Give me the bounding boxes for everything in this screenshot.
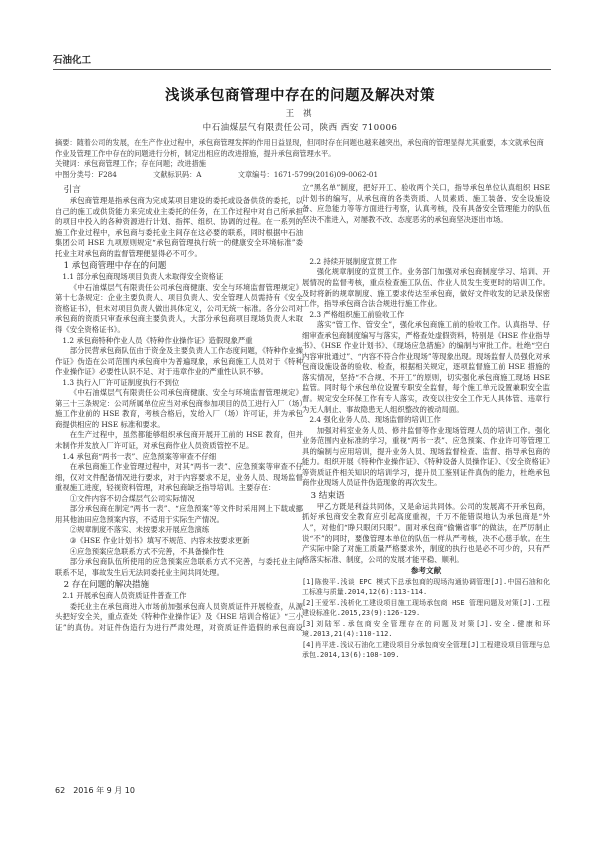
paragraph-3: 甲乙方既是利益共同体，又是命运共同体。公司的发展离不开承包商，抓好承包商安全教育… <box>302 502 550 565</box>
right-column: 委托业主在承包商进入市场前加强承包商人员资质证件开展检查，从源头把好安全关，重点… <box>302 183 550 661</box>
paragraph-1-2: 部分民营承包商队伍由于资金及主要负责人工作态度问题，《特种作业操作证》伪造在公司… <box>55 346 303 378</box>
subsection-heading-1-2: 1.2 承包商特种作业人员《特种作业操作证》造假现象严重 <box>55 336 303 347</box>
reference-list: [1]陈俊平.浅谈 EPC 模式下总承包商的现场沟通协调管理[J].中国石油和化… <box>302 577 550 661</box>
section-heading-2: 2 存在问题的解决措施 <box>55 579 303 591</box>
paragraph-1-4: 在承包商施工作业管理过程中，对其“两书一表”、应急预案等审查不仔细，仅对文件配备… <box>55 462 303 494</box>
abstract: 摘要：随着公司的发展，在生产作业过程中，承包商管理发挥的作用日益显现，但同时存在… <box>55 138 550 159</box>
keywords: 关键词：承包商管理工作；存在问题；改进措施 <box>55 159 550 170</box>
list-item-4: ④应急预案应急联系方式不完善，不具备操作性 <box>55 547 303 558</box>
article-number: 文章编号：1671-5799(2016)09-0062-01 <box>238 170 378 181</box>
paragraph-2-3: 落实“管工作、管安全”，强化承包商施工前的验收工作。认真指导、仔细审查承包商制度… <box>302 320 550 415</box>
subsection-heading-2-3: 2.3 严格组织施工前验收工作 <box>302 310 550 321</box>
classification-ids: 中图分类号：F284 文献标识码：A 文章编号：1671-5799(2016)0… <box>55 170 550 181</box>
paragraph-1-1: 《中石油煤层气有限责任公司承包商健康、安全与环境监督管理规定》第十七条规定：企业… <box>55 283 303 336</box>
paragraph-item-4: 部分承包商队伍所使用的应急预案应急联系方式不完善，与委托业主间联系不足，事故发生… <box>55 557 303 578</box>
section-heading-1: 1 承包商管理中存在的问题 <box>55 260 303 272</box>
section-heading-intro: 引言 <box>55 184 303 196</box>
paragraph-item-1: 部分承包商在制定“两书一表”、“应急预案”等文件时采用网上下载或挪用其他油田应急… <box>55 504 303 525</box>
issue-date: 2016 年 9 月 10 <box>73 786 135 795</box>
subsection-heading-2-1: 2.1 开展承包商人员资质证件普查工作 <box>55 591 303 602</box>
reference-item: [1]陈俊平.浅谈 EPC 模式下总承包商的现场沟通协调管理[J].中国石油和化… <box>302 577 550 598</box>
reference-item: [3]刘陆军.承包商安全管理存在的问题及对策[J].安全.健康和环境.2013,… <box>302 619 550 640</box>
section-heading-3: 3 结束语 <box>302 490 550 502</box>
abstract-label: 摘要： <box>55 138 77 147</box>
paragraph-1-3a: 《中石油煤层气有限责任公司承包商健康、安全与环境监督管理规定》第三十三条规定：公… <box>55 388 303 430</box>
paragraph-1-3b: 在生产过程中，虽然都能够组织承包商开展开工前的 HSE 教育，但并未制作并发放入… <box>55 430 303 451</box>
keywords-label: 关键词： <box>55 159 84 168</box>
list-item-2: ②规章制度不落实、未按要求开展应急演练 <box>55 525 303 536</box>
subsection-heading-2-4: 2.4 强化业务人员、现场监督的培训工作 <box>302 415 550 426</box>
paragraph-2-2: 强化规章制度的宣贯工作。业务部门加强对承包商制度学习、培训、开展情况的监督考核，… <box>302 267 550 309</box>
journal-header: 石油化工 <box>53 52 551 70</box>
author-affiliation: 中石油煤层气有限责任公司，陕西 西安 710006 <box>0 121 600 133</box>
subsection-heading-2-2: 2.2 持续开展制度宣贯工作 <box>302 257 550 268</box>
paragraph-intro: 承包商管理是指承包商为完成某项目建设的委托或设备供货的委托，以自己的施工或供货能… <box>55 196 303 259</box>
article-title: 浅谈承包商管理中存在的问题及解决对策 <box>0 84 600 105</box>
document-code: 文献标识码：A <box>153 170 201 181</box>
reference-item: [4]肖平进.浅议石油化工建设项目分承包商安全管理[J]工程建设项目管理与总承包… <box>302 640 550 661</box>
paragraph-2-1-continued: 委托业主在承包商进入市场前加强承包商人员资质证件开展检查，从源头把好安全关，重点… <box>302 183 550 257</box>
page-number: 62 <box>55 786 65 795</box>
reference-item: [2]王爱军.浅析化工建设项目施工现场承包商 HSE 管理问题及对策[J].工程… <box>302 598 550 619</box>
keywords-text: 承包商管理工作；存在问题；改进措施 <box>84 159 206 168</box>
left-column: 引言 承包商管理是指承包商为完成某项目建设的委托或设备供货的委托，以自己的施工或… <box>55 183 303 633</box>
clc-number: 中图分类号：F284 <box>55 170 117 181</box>
list-item-3: ③《HSE 作业计划书》填写不规范、内容未按要求更新 <box>55 536 303 547</box>
references-heading: 参考文献 <box>302 566 550 577</box>
page-footer: 622016 年 9 月 10 <box>55 785 135 796</box>
list-item-1: ①文件内容不切合煤层气公司实际情况 <box>55 494 303 505</box>
subsection-heading-1-3: 1.3 执行入厂许可证制度执行不到位 <box>55 378 303 389</box>
subsection-heading-1-4: 1.4 承包商“两书一表”、应急预案等审查不仔细 <box>55 452 303 463</box>
paragraph-2-1: 委托业主在承包商进入市场前加强承包商人员资质证件开展检查，从源头把好安全关，重点… <box>55 602 303 634</box>
article-meta: 摘要：随着公司的发展，在生产作业过程中，承包商管理发挥的作用日益显现，但同时存在… <box>55 138 550 180</box>
abstract-text: 随着公司的发展，在生产作业过程中，承包商管理发挥的作用日益显现，但同时存在问题也… <box>55 138 544 158</box>
paragraph-2-4: 加强对科室业务人员、修井监督等作业现场管理人员的培训工作。强化业务范围内业标准的… <box>302 426 550 489</box>
article-author: 王 祺 <box>0 107 600 119</box>
subsection-heading-1-1: 1.1 部分承包商现场项目负责人未取得安全资格证 <box>55 272 303 283</box>
